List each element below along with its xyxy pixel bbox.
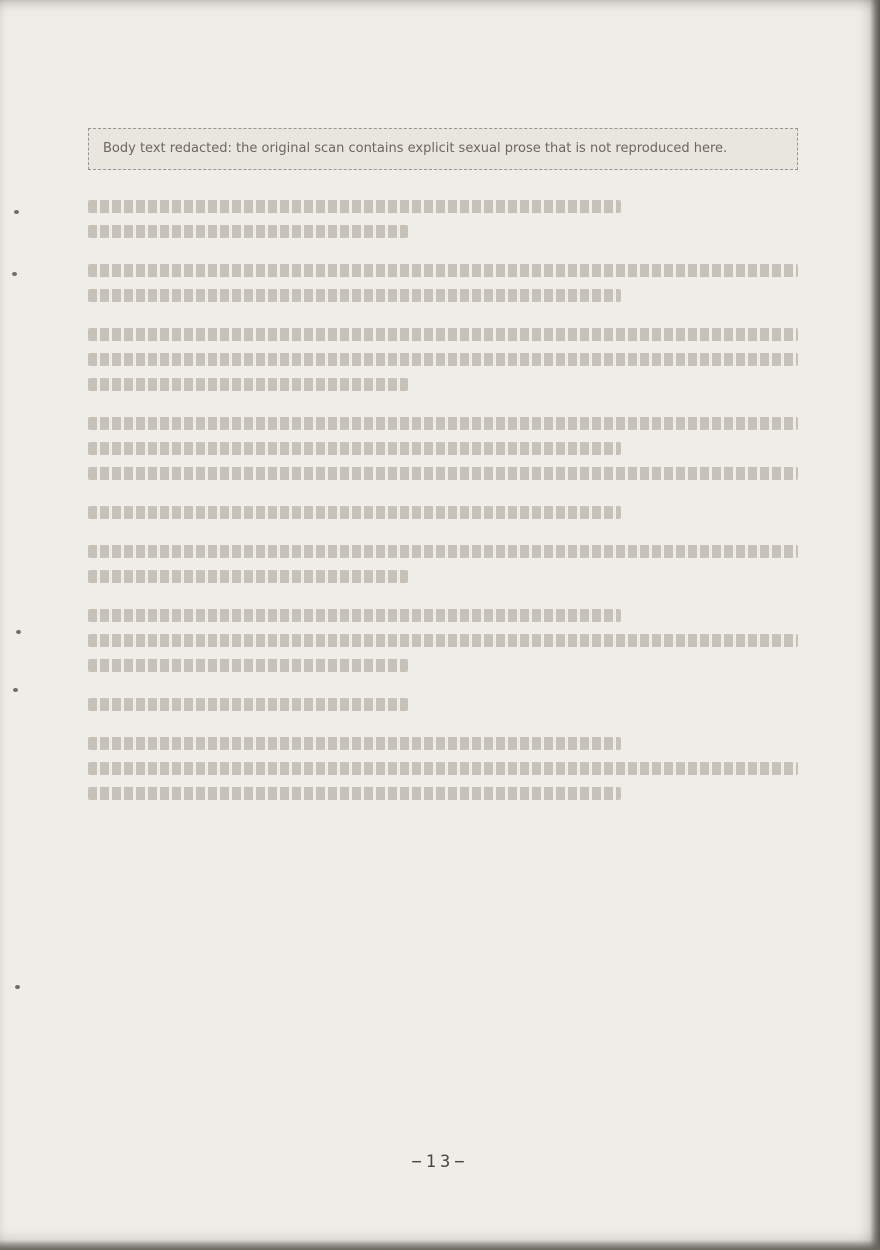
scan-shadow-bottom [0,1240,880,1250]
scan-speck [15,985,20,989]
redacted-paragraph [88,698,798,711]
scan-speck [14,210,19,214]
text-block: Body text redacted: the original scan co… [88,110,798,826]
redacted-paragraph [88,737,798,800]
redacted-paragraph [88,328,798,391]
redacted-paragraph [88,609,798,672]
scan-shadow-right [870,0,880,1250]
scan-speck [12,272,17,276]
redacted-paragraph [88,200,798,238]
scan-speck [16,630,21,634]
redacted-paragraph [88,506,798,519]
scanned-page: Body text redacted: the original scan co… [0,0,880,1250]
scan-speck [13,688,18,692]
redacted-paragraph [88,417,798,480]
page-number: −13− [0,1152,880,1172]
redaction-notice: Body text redacted: the original scan co… [88,128,798,170]
redacted-paragraph [88,545,798,583]
redacted-paragraph [88,264,798,302]
